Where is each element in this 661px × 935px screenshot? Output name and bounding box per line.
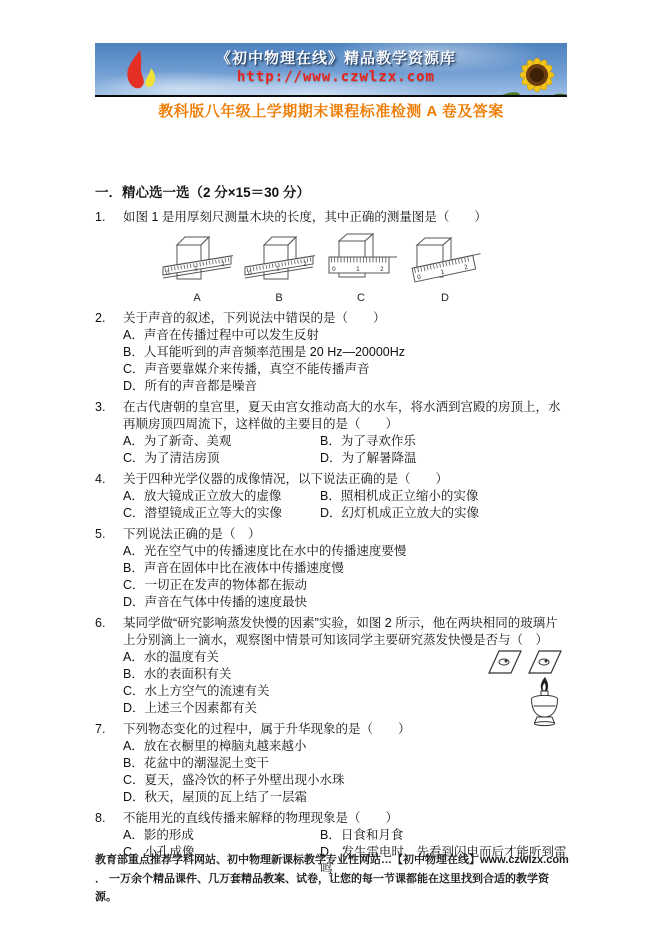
question-stem: 下列说法正确的是（ ） <box>123 526 569 543</box>
option: A．放大镜成正立放大的虚像 <box>123 488 320 505</box>
option: D．幻灯机成正立放大的实像 <box>320 505 569 522</box>
question-body: 关于四种光学仪器的成像情况，以下说法正确的是（ ） A．放大镜成正立放大的虚像 … <box>123 471 569 522</box>
option: C．夏天，盛冷饮的杯子外壁出现小水珠 <box>123 772 569 789</box>
svg-text:0: 0 <box>332 266 336 273</box>
option: B．为了寻欢作乐 <box>320 433 569 450</box>
question-number: 2. <box>95 310 123 395</box>
svg-text:1: 1 <box>276 266 280 273</box>
question-stem: 不能用光的直线传播来解释的物理现象是（ ） <box>123 810 569 827</box>
option: A．光在空气中的传播速度比在水中的传播速度要慢 <box>123 543 569 560</box>
question-body: 下列物态变化的过程中，属于升华现象的是（ ） A．放在衣橱里的樟脑丸越来越小 B… <box>123 721 569 806</box>
banner-text: 《初中物理在线》精品教学资源库 http://www.czwlzx.com <box>191 47 481 85</box>
option: A．声音在传播过程中可以发生反射 <box>123 327 569 344</box>
figure-label: C <box>325 292 397 304</box>
question-number: 5. <box>95 526 123 611</box>
figure-label: B <box>243 292 315 304</box>
option: B．日食和月食 <box>320 827 569 844</box>
exam-content: 一．精心选一选（2 分×15＝30 分） 1. 如图 1 是用厚刻尺测量木块的长… <box>95 184 569 882</box>
question-number: 3. <box>95 399 123 467</box>
option: B．声音在固体中比在液体中传播速度慢 <box>123 560 569 577</box>
option: D．声音在气体中传播的速度最快 <box>123 594 569 611</box>
svg-text:2: 2 <box>380 266 384 273</box>
question-body: 如图 1 是用厚刻尺测量木块的长度，其中正确的测量图是（ ） <box>123 209 569 306</box>
question: 6. 某同学做“研究影响蒸发快慢的因素”实验，如图 2 所示，他在两块相同的玻璃… <box>95 615 569 717</box>
options: A．放在衣橱里的樟脑丸越来越小 B．花盆中的潮湿泥土变干 C．夏天，盛冷饮的杯子… <box>123 738 569 806</box>
figure-label: A <box>161 292 233 304</box>
option: C．为了清洁房顶 <box>123 450 320 467</box>
sunflower-icon <box>499 45 567 97</box>
question-number: 4. <box>95 471 123 522</box>
question-stem: 如图 1 是用厚刻尺测量木块的长度，其中正确的测量图是（ ） <box>123 209 569 226</box>
question: 3. 在古代唐朝的皇宫里，夏天由宫女推动高大的水车，将水洒到宫殿的房顶上，水再顺… <box>95 399 569 467</box>
option: A．为了新奇、美观 <box>123 433 320 450</box>
question: 2. 关于声音的叙述，下列说法中错误的是（ ） A．声音在传播过程中可以发生反射… <box>95 310 569 395</box>
figure-rulers: 0 1 2 A <box>161 231 569 304</box>
option: B．花盆中的潮湿泥土变干 <box>123 755 569 772</box>
exam-page: 《初中物理在线》精品教学资源库 http://www.czwlzx.com 教科… <box>0 0 661 935</box>
ruler-d-icon: 0 1 2 <box>407 231 483 287</box>
options: A．光在空气中的传播速度比在水中的传播速度要慢 B．声音在固体中比在液体中传播速… <box>123 543 569 611</box>
option: A．影的形成 <box>123 827 320 844</box>
question-number: 7. <box>95 721 123 806</box>
question-body: 下列说法正确的是（ ） A．光在空气中的传播速度比在水中的传播速度要慢 B．声音… <box>123 526 569 611</box>
question: 5. 下列说法正确的是（ ） A．光在空气中的传播速度比在水中的传播速度要慢 B… <box>95 526 569 611</box>
page-title: 教科版八年级上学期期末课程标准检测 A 卷及答案 <box>95 100 567 121</box>
question-stem: 某同学做“研究影响蒸发快慢的因素”实验，如图 2 所示，他在两块相同的玻璃片上分… <box>123 615 569 649</box>
svg-text:2: 2 <box>221 261 225 268</box>
site-banner: 《初中物理在线》精品教学资源库 http://www.czwlzx.com <box>95 43 567 97</box>
section-heading: 一．精心选一选（2 分×15＝30 分） <box>95 184 569 201</box>
option: C．声音要靠媒介来传播，真空不能传播声音 <box>123 361 569 378</box>
option: D．所有的声音都是噪音 <box>123 378 569 395</box>
option: C．潜望镜成正立等大的实像 <box>123 505 320 522</box>
site-url: http://www.czwlzx.com <box>191 69 481 85</box>
option: A．放在衣橱里的樟脑丸越来越小 <box>123 738 569 755</box>
site-title: 《初中物理在线》精品教学资源库 <box>191 47 481 68</box>
ruler-a-icon: 0 1 2 <box>161 231 233 287</box>
options: A．为了新奇、美观 B．为了寻欢作乐 C．为了清洁房顶 D．为了解暑降温 <box>123 433 569 467</box>
option: B．人耳能听到的声音频率范围是 20 Hz—20000Hz <box>123 344 569 361</box>
question-stem: 关于四种光学仪器的成像情况，以下说法正确的是（ ） <box>123 471 569 488</box>
question-stem: 在古代唐朝的皇宫里，夏天由宫女推动高大的水车，将水洒到宫殿的房顶上，水再顺房顶四… <box>123 399 569 433</box>
footer-text: 教育部重点推荐学科网站、初中物理新课标教学专业性网站…【初中物理在线】www.c… <box>95 851 569 907</box>
svg-text:2: 2 <box>303 261 307 268</box>
option: B．照相机成正立缩小的实像 <box>320 488 569 505</box>
ruler-b-icon: 0 1 2 <box>243 231 315 287</box>
question-body: 关于声音的叙述，下列说法中错误的是（ ） A．声音在传播过程中可以发生反射 B．… <box>123 310 569 395</box>
options: A．声音在传播过程中可以发生反射 B．人耳能听到的声音频率范围是 20 Hz—2… <box>123 327 569 395</box>
ruler-diagram-a: 0 1 2 A <box>161 231 233 304</box>
svg-text:0: 0 <box>248 270 252 277</box>
ruler-c-icon: 0 1 2 <box>325 231 397 287</box>
question-body: 在古代唐朝的皇宫里，夏天由宫女推动高大的水车，将水洒到宫殿的房顶上，水再顺房顶四… <box>123 399 569 467</box>
figure-label: D <box>407 292 483 304</box>
question: 7. 下列物态变化的过程中，属于升华现象的是（ ） A．放在衣橱里的樟脑丸越来越… <box>95 721 569 806</box>
option: D．为了解暑降温 <box>320 450 569 467</box>
flame-logo-icon <box>123 49 163 93</box>
question-number: 6. <box>95 615 123 717</box>
option: C．一切正在发声的物体都在振动 <box>123 577 569 594</box>
question-stem: 下列物态变化的过程中，属于升华现象的是（ ） <box>123 721 569 738</box>
svg-text:0: 0 <box>166 270 170 277</box>
ruler-diagram-b: 0 1 2 B <box>243 231 315 304</box>
question-stem: 关于声音的叙述，下列说法中错误的是（ ） <box>123 310 569 327</box>
question-number: 1. <box>95 209 123 306</box>
option: D．秋天，屋顶的瓦上结了一层霜 <box>123 789 569 806</box>
svg-text:1: 1 <box>194 266 198 273</box>
ruler-diagram-d: 0 1 2 D <box>407 231 483 304</box>
question: 1. 如图 1 是用厚刻尺测量木块的长度，其中正确的测量图是（ ） <box>95 209 569 306</box>
question: 4. 关于四种光学仪器的成像情况，以下说法正确的是（ ） A．放大镜成正立放大的… <box>95 471 569 522</box>
svg-text:1: 1 <box>356 266 360 273</box>
ruler-diagram-c: 0 1 2 C <box>325 231 397 304</box>
options: A．放大镜成正立放大的虚像 B．照相机成正立缩小的实像 C．潜望镜成正立等大的实… <box>123 488 569 522</box>
